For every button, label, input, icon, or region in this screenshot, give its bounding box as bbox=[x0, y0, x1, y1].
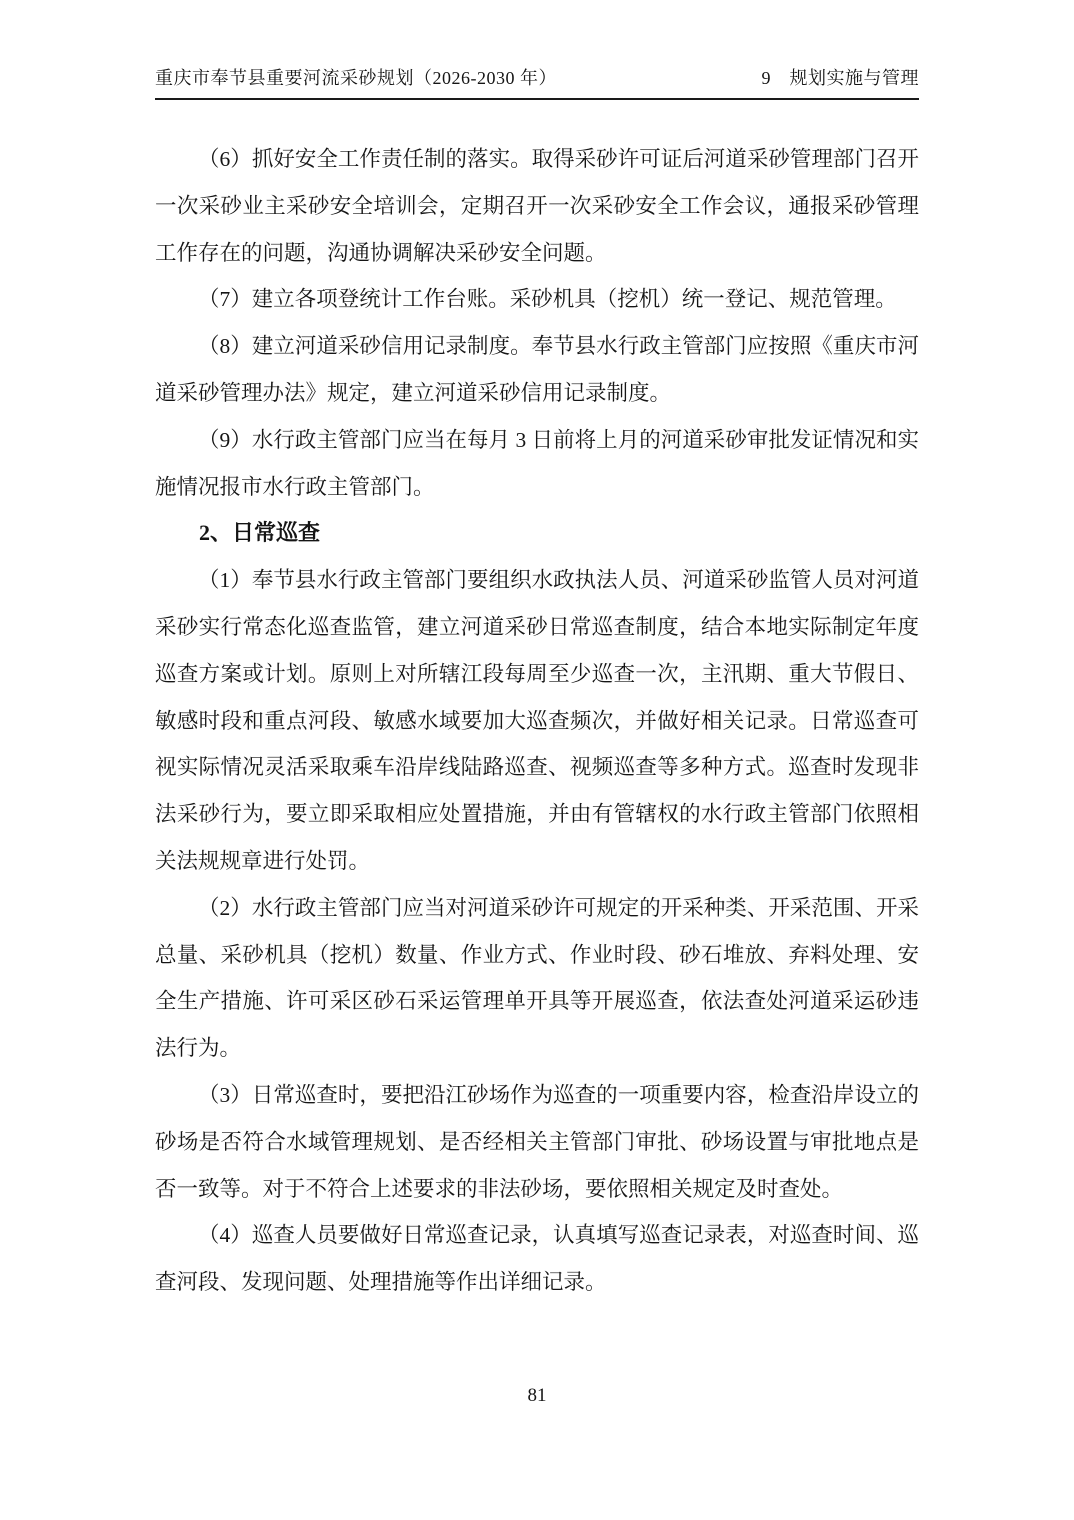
header-document-title: 重庆市奉节县重要河流采砂规划（2026-2030 年） bbox=[155, 66, 557, 90]
paragraph-item-2: （2）水行政主管部门应当对河道采砂许可规定的开采种类、开采范围、开采总量、采砂机… bbox=[155, 885, 919, 1072]
paragraph-item-1: （1）奉节县水行政主管部门要组织水政执法人员、河道采砂监管人员对河道采砂实行常态… bbox=[155, 557, 919, 885]
section-heading-daily-patrol: 2、日常巡查 bbox=[155, 510, 919, 557]
page-header: 重庆市奉节县重要河流采砂规划（2026-2030 年） 9 规划实施与管理 bbox=[155, 66, 919, 100]
document-page: 重庆市奉节县重要河流采砂规划（2026-2030 年） 9 规划实施与管理 （6… bbox=[0, 0, 1074, 1520]
header-chapter-title: 9 规划实施与管理 bbox=[762, 66, 920, 90]
paragraph-item-9: （9）水行政主管部门应当在每月 3 日前将上月的河道采砂审批发证情况和实施情况报… bbox=[155, 417, 919, 511]
paragraph-item-7: （7）建立各项登统计工作台账。采砂机具（挖机）统一登记、规范管理。 bbox=[155, 276, 919, 323]
paragraph-item-4: （4）巡查人员要做好日常巡查记录，认真填写巡查记录表，对巡查时间、巡查河段、发现… bbox=[155, 1212, 919, 1306]
paragraph-item-8: （8）建立河道采砂信用记录制度。奉节县水行政主管部门应按照《重庆市河道采砂管理办… bbox=[155, 323, 919, 417]
page-number: 81 bbox=[528, 1385, 547, 1406]
paragraph-item-6: （6）抓好安全工作责任制的落实。取得采砂许可证后河道采砂管理部门召开一次采砂业主… bbox=[155, 136, 919, 276]
page-footer: 81 bbox=[0, 1385, 1074, 1407]
paragraph-item-3: （3）日常巡查时，要把沿江砂场作为巡查的一项重要内容，检查沿岸设立的砂场是否符合… bbox=[155, 1072, 919, 1212]
document-body: （6）抓好安全工作责任制的落实。取得采砂许可证后河道采砂管理部门召开一次采砂业主… bbox=[155, 136, 919, 1306]
